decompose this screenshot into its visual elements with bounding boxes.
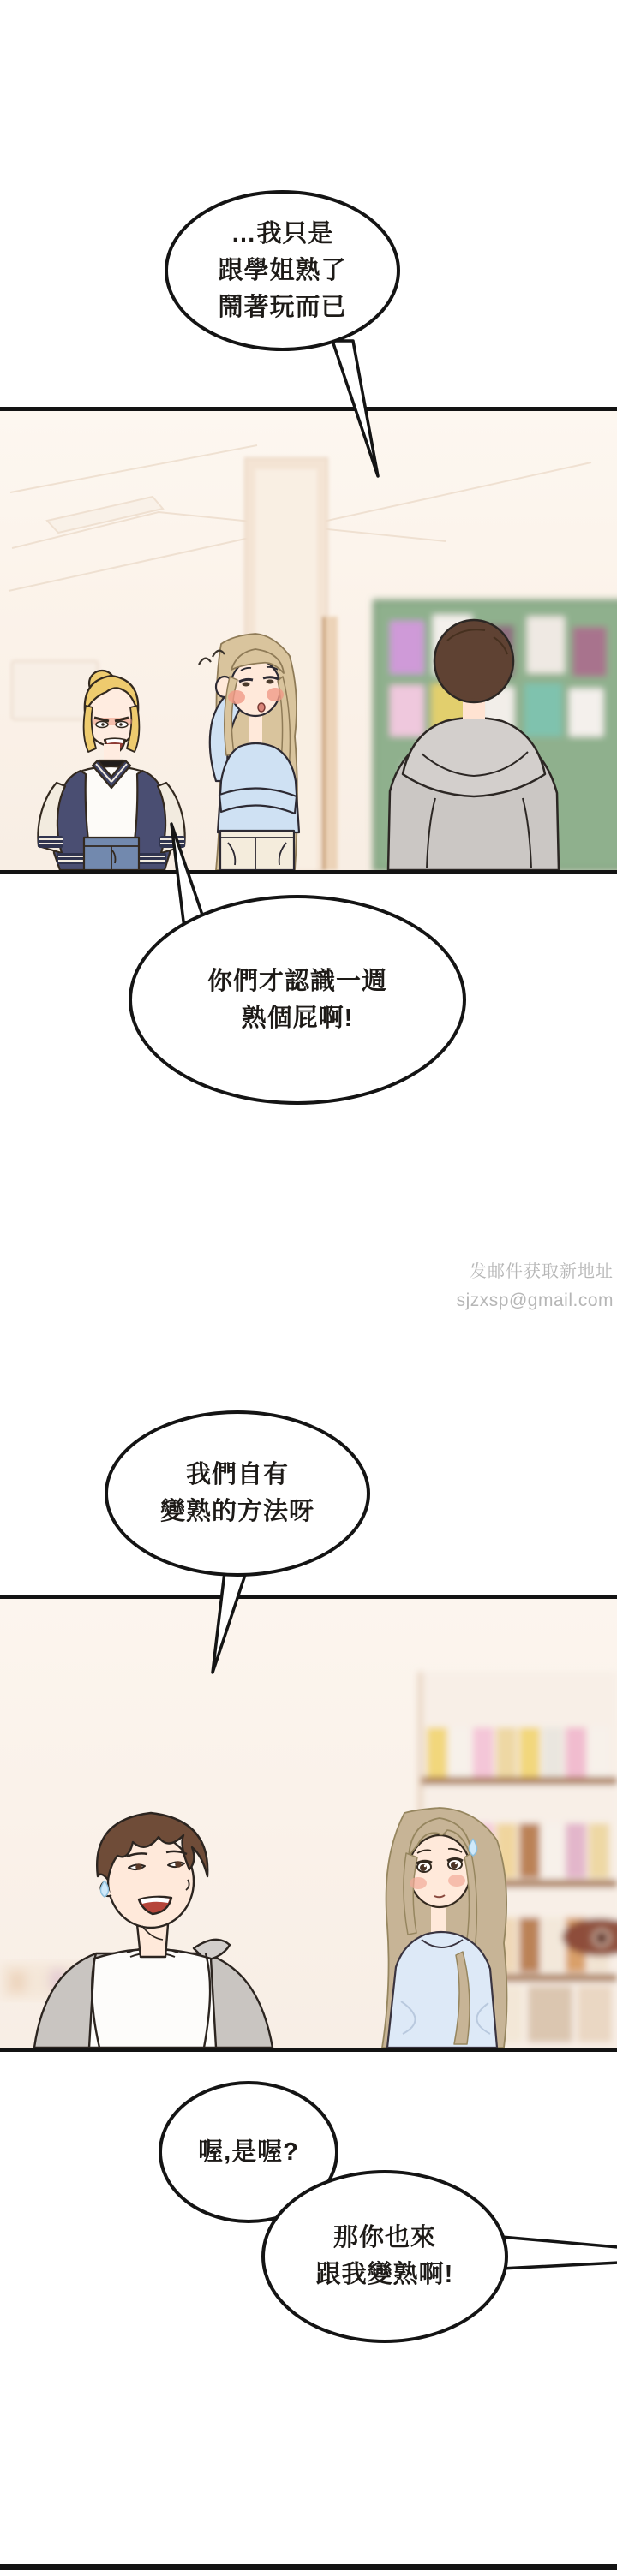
bubble-text-line: 熟個屁啊! bbox=[242, 1000, 354, 1037]
bubble-text-line: 你們才認識一週 bbox=[207, 963, 387, 1000]
watermark-line-1: 发邮件获取新地址 bbox=[457, 1257, 614, 1286]
speech-bubble-2: 你們才認識一週 熟個屁啊! bbox=[129, 895, 466, 1105]
watermark: 发邮件获取新地址 sjzxsp@gmail.com bbox=[457, 1257, 614, 1315]
bubble-tail-5 bbox=[501, 2237, 617, 2269]
speech-bubble-1: …我只是 跟學姐熟了 鬧著玩而已 bbox=[165, 190, 400, 351]
panel-2 bbox=[0, 1595, 617, 2052]
bubble-text-line: 那你也來 bbox=[333, 2220, 436, 2257]
girl-blushing bbox=[382, 1808, 507, 2048]
watermark-line-2: sjzxsp@gmail.com bbox=[457, 1286, 614, 1315]
bubble-text-line: 鬧著玩而已 bbox=[218, 289, 346, 326]
bubble-text-line: 跟學姐熟了 bbox=[218, 253, 346, 289]
bubble-text-line: …我只是 bbox=[231, 216, 333, 253]
bubble-text-line: 喔,是喔? bbox=[198, 2134, 299, 2171]
speech-bubble-5: 那你也來 跟我變熟啊! bbox=[261, 2170, 508, 2343]
speech-bubble-3: 我們自有 變熟的方法呀 bbox=[105, 1410, 370, 1577]
hallway-illustration bbox=[0, 411, 617, 870]
store-illustration bbox=[0, 1599, 617, 2048]
panel-1 bbox=[0, 407, 617, 874]
bubble-text-line: 跟我變熟啊! bbox=[316, 2257, 454, 2293]
comic-page: …我只是 跟學姐熟了 鬧著玩而已 你們才認識一週 熟個屁啊! 我們自有 變熟的方… bbox=[0, 0, 617, 2576]
next-panel-top-border bbox=[0, 2564, 617, 2570]
bubble-text-line: 變熟的方法呀 bbox=[160, 1494, 314, 1530]
bubble-text-line: 我們自有 bbox=[186, 1457, 289, 1494]
